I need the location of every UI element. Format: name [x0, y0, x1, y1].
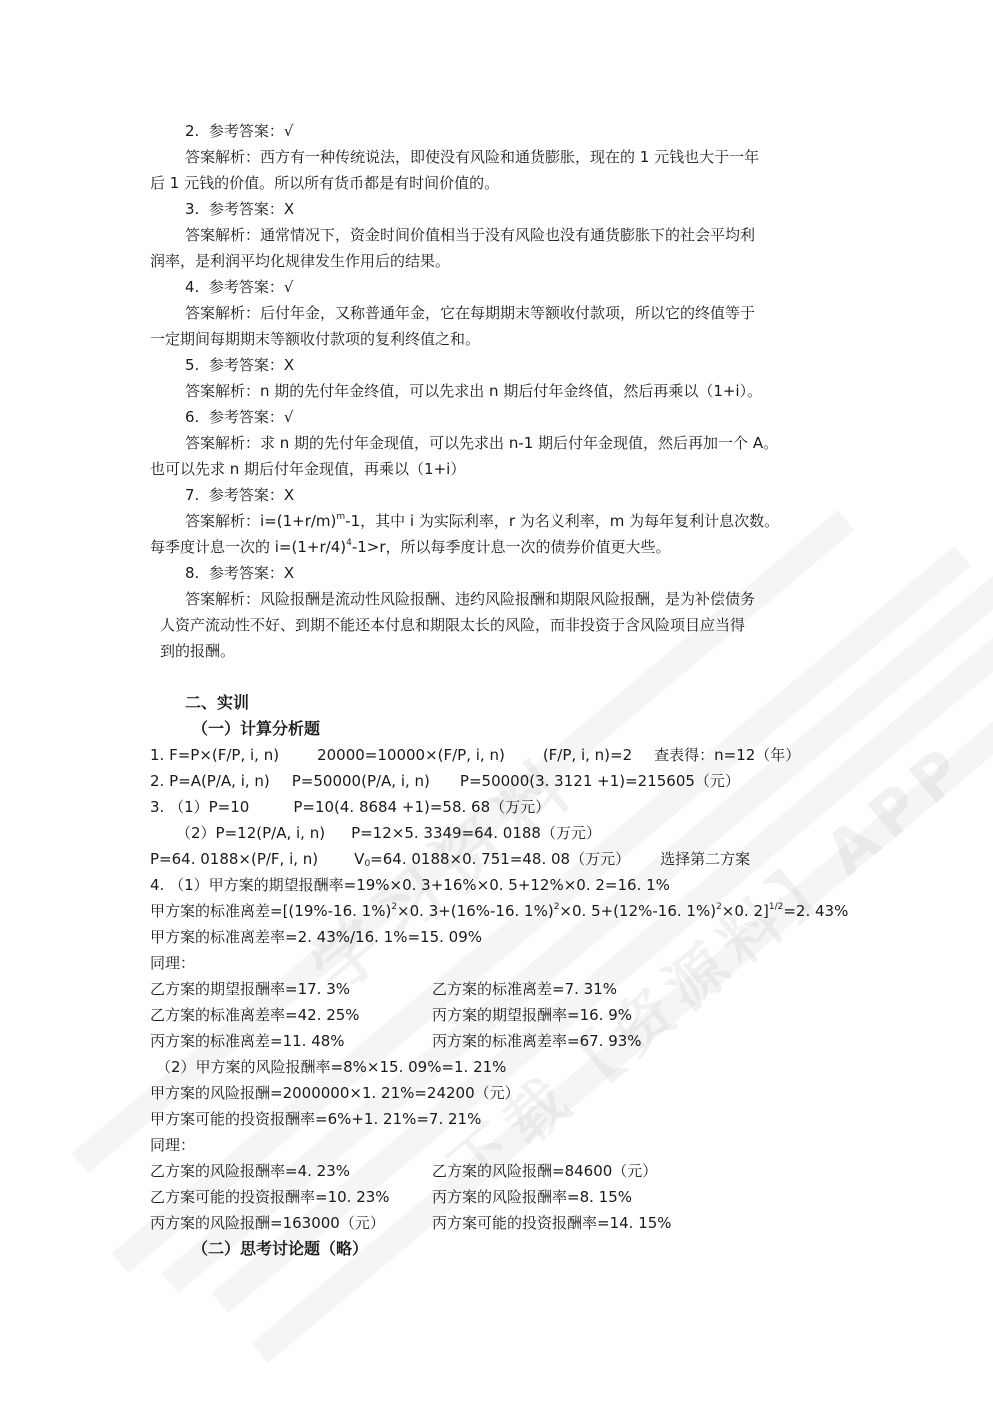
section-title: 二、实训 [150, 690, 850, 716]
formula-text: -1>r，所以每季度计息一次的债券价值更大些。 [352, 538, 671, 556]
question-3-part-3: P=64. 0188×(P/F, i, n)V0=64. 0188×0. 751… [150, 846, 850, 872]
risk-return-amount: 甲方案的风险报酬=2000000×1. 21%=24200（元） [150, 1080, 850, 1106]
result: P=10(4. 8684 +1)=58. 68（万元） [293, 798, 550, 816]
analysis-line: 答案解析：后付年金，又称普通年金，它在每期期末等额收付款项，所以它的终值等于 [150, 300, 850, 326]
formula: ×0. 2] [722, 902, 769, 920]
analysis-line: 答案解析：i=(1+r/m)m-1，其中 i 为实际利率，r 为名义利率，m 为… [150, 508, 850, 534]
answer-number: 5. [185, 356, 199, 374]
answer-6: 6. 参考答案：√ [150, 404, 850, 430]
analysis-line: 一定期间每期期末等额收付款项的复利终值之和。 [150, 326, 850, 352]
formula: 20000=10000×(F/P, i, n) [317, 746, 505, 764]
result-pair: 丙方案的标准离差=11. 48%丙方案的标准离差率=67. 93% [150, 1028, 850, 1054]
analysis-line: 答案解析：求 n 期的先付年金现值，可以先求出 n-1 期后付年金现值，然后再加… [150, 430, 850, 456]
result: 丙方案的标准离差=11. 48% [150, 1028, 432, 1054]
answer-label: 参考答案： [209, 122, 284, 140]
answer-mark: X [284, 200, 294, 218]
formula: P=50000(P/A, i, n) [292, 772, 430, 790]
formula: 3. （1）P=10 [150, 798, 249, 816]
conclusion: 选择第二方案 [660, 850, 750, 868]
similarly-label: 同理： [150, 1132, 850, 1158]
result: 乙方案的标准离差率=42. 25% [150, 1002, 432, 1028]
result: 丙方案的风险报酬率=8. 15% [432, 1188, 632, 1206]
result-pair: 乙方案可能的投资报酬率=10. 23%丙方案的风险报酬率=8. 15% [150, 1184, 850, 1210]
question-4-part-1: 4. （1）甲方案的期望报酬率=19%×0. 3+16%×0. 5+12%×0.… [150, 872, 850, 898]
question-3-part-1: 3. （1）P=10P=10(4. 8684 +1)=58. 68（万元） [150, 794, 850, 820]
result: 丙方案的期望报酬率=16. 9% [432, 1006, 632, 1024]
result: P=50000(3. 3121 +1)=215605（元） [460, 772, 740, 790]
analysis-line: 人资产流动性不好、到期不能还本付息和期限太长的风险，而非投资于含风险项目应当得 [150, 612, 850, 638]
answer-number: 8. [185, 564, 199, 582]
answer-mark: √ [284, 408, 294, 426]
analysis-line: 答案解析：n 期的先付年金终值，可以先求出 n 期后付年金终值，然后再乘以（1+… [150, 378, 850, 404]
answer-label: 参考答案： [209, 564, 284, 582]
answer-mark: X [284, 356, 294, 374]
coefficient-of-variation: 甲方案的标准离差率=2. 43%/16. 1%=15. 09% [150, 924, 850, 950]
answer-number: 3. [185, 200, 199, 218]
formula: (F/P, i, n)=2 [543, 746, 632, 764]
subsection-title: （一）计算分析题 [150, 716, 850, 742]
formula: P=64. 0188×(P/F, i, n) [150, 850, 318, 868]
answer-4: 4. 参考答案：√ [150, 274, 850, 300]
formula: ×0. 5+(12%-16. 1%) [559, 902, 716, 920]
subsection-title: （二）思考讨论题（略） [150, 1236, 850, 1262]
formula: （2）P=12(P/A, i, n) [176, 824, 325, 842]
question-4-part-2: （2）甲方案的风险报酬率=8%×15. 09%=1. 21% [150, 1054, 850, 1080]
answer-number: 6. [185, 408, 199, 426]
answer-2: 2. 参考答案：√ [150, 118, 850, 144]
result-pair: 乙方案的期望报酬率=17. 3%乙方案的标准离差=7. 31% [150, 976, 850, 1002]
analysis-line: 也可以先求 n 期后付年金现值，再乘以（1+i） [150, 456, 850, 482]
answer-3: 3. 参考答案：X [150, 196, 850, 222]
standard-deviation-formula: 甲方案的标准离差=[(19%-16. 1%)2×0. 3+(16%-16. 1%… [150, 898, 850, 924]
result: =64. 0188×0. 751=48. 08（万元） [370, 850, 630, 868]
answer-number: 4. [185, 278, 199, 296]
question-1: 1. F=P×(F/P, i, n)20000=10000×(F/P, i, n… [150, 742, 850, 768]
answer-label: 参考答案： [209, 200, 284, 218]
analysis-line: 答案解析：西方有一种传统说法，即使没有风险和通货膨胀，现在的 1 元钱也大于一年 [150, 144, 850, 170]
analysis-line: 答案解析：通常情况下，资金时间价值相当于没有风险也没有通货膨胀下的社会平均利 [150, 222, 850, 248]
result: 丙方案可能的投资报酬率=14. 15% [432, 1214, 672, 1232]
formula-text: 每季度计息一次的 i=(1+r/4) [150, 538, 346, 556]
analysis-line: 每季度计息一次的 i=(1+r/4)4-1>r，所以每季度计息一次的债券价值更大… [150, 534, 850, 560]
result: 乙方案的期望报酬率=17. 3% [150, 976, 432, 1002]
formula: 1. F=P×(F/P, i, n) [150, 746, 279, 764]
result: 查表得：n=12（年） [654, 746, 800, 764]
answer-label: 参考答案： [209, 408, 284, 426]
formula: 甲方案的标准离差=[(19%-16. 1%) [150, 902, 391, 920]
document-page: 2. 参考答案：√ 答案解析：西方有一种传统说法，即使没有风险和通货膨胀，现在的… [150, 118, 850, 1262]
formula: V [354, 850, 364, 868]
formula: ×0. 3+(16%-16. 1%) [397, 902, 554, 920]
answer-number: 7. [185, 486, 199, 504]
answer-8: 8. 参考答案：X [150, 560, 850, 586]
analysis-line: 后 1 元钱的价值。所以所有货币都是有时间价值的。 [150, 170, 850, 196]
result: 乙方案的标准离差=7. 31% [432, 980, 617, 998]
analysis-line: 到的报酬。 [150, 638, 850, 664]
result: P=12×5. 3349=64. 0188（万元） [351, 824, 601, 842]
question-3-part-2: （2）P=12(P/A, i, n)P=12×5. 3349=64. 0188（… [150, 820, 850, 846]
analysis-line: 答案解析：风险报酬是流动性风险报酬、违约风险报酬和期限风险报酬，是为补偿债务 [150, 586, 850, 612]
result-pair: 丙方案的风险报酬=163000（元）丙方案可能的投资报酬率=14. 15% [150, 1210, 850, 1236]
result: 丙方案的标准离差率=67. 93% [432, 1032, 642, 1050]
answer-label: 参考答案： [209, 278, 284, 296]
answer-mark: X [284, 564, 294, 582]
expected-investment-return: 甲方案可能的投资报酬率=6%+1. 21%=7. 21% [150, 1106, 850, 1132]
result-pair: 乙方案的标准离差率=42. 25%丙方案的期望报酬率=16. 9% [150, 1002, 850, 1028]
question-2: 2. P=A(P/A, i, n)P=50000(P/A, i, n)P=500… [150, 768, 850, 794]
formula-text: -1，其中 i 为实际利率，r 为名义利率，m 为每年复利计息次数。 [345, 512, 779, 530]
answer-mark: X [284, 486, 294, 504]
answer-number: 2. [185, 122, 199, 140]
answer-5: 5. 参考答案：X [150, 352, 850, 378]
formula-text: 答案解析：i=(1+r/m) [185, 512, 336, 530]
result: 丙方案的风险报酬=163000（元） [150, 1210, 432, 1236]
formula: 2. P=A(P/A, i, n) [150, 772, 270, 790]
formula-superscript: 1/2 [769, 902, 783, 912]
answer-7: 7. 参考答案：X [150, 482, 850, 508]
similarly-label: 同理： [150, 950, 850, 976]
result: 乙方案可能的投资报酬率=10. 23% [150, 1184, 432, 1210]
analysis-line: 润率，是利润平均化规律发生作用后的结果。 [150, 248, 850, 274]
result: 乙方案的风险报酬=84600（元） [432, 1162, 657, 1180]
result: 乙方案的风险报酬率=4. 23% [150, 1158, 432, 1184]
result: =2. 43% [783, 902, 848, 920]
answer-mark: √ [284, 278, 294, 296]
answer-mark: √ [284, 122, 294, 140]
result-pair: 乙方案的风险报酬率=4. 23%乙方案的风险报酬=84600（元） [150, 1158, 850, 1184]
answer-label: 参考答案： [209, 356, 284, 374]
answer-label: 参考答案： [209, 486, 284, 504]
formula-superscript: m [336, 512, 345, 522]
